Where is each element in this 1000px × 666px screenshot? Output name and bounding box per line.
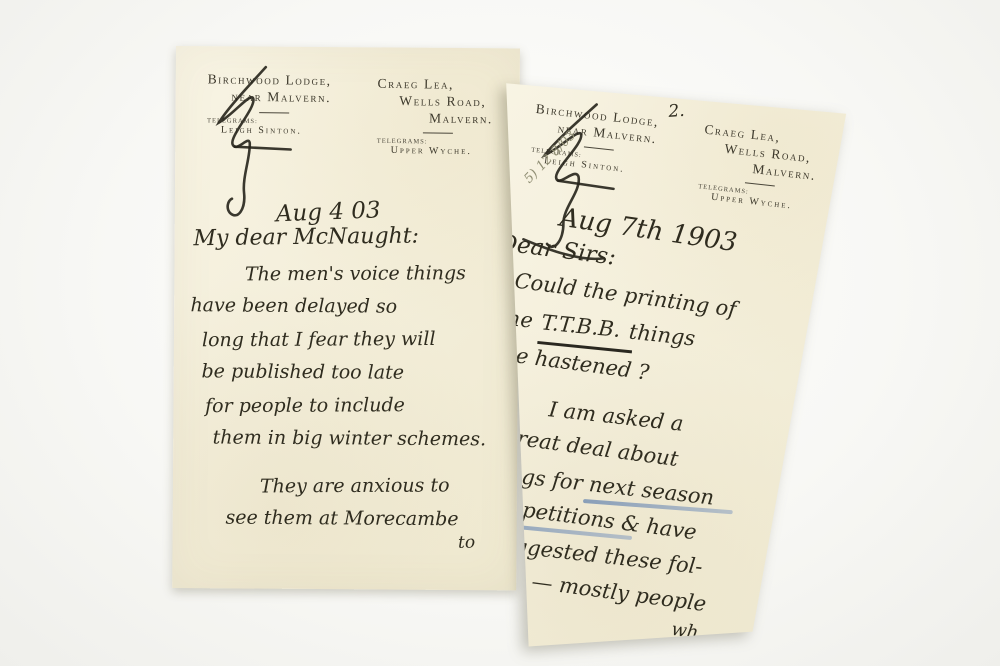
letter-page-right: Birchwood Lodge, near Malvern. Telegrams… (498, 74, 854, 650)
body-text: s & have (603, 508, 699, 544)
letterhead-left-page: Birchwood Lodge, near Malvern. Telegrams… (188, 60, 508, 192)
body-line: They are anxious to (260, 469, 502, 503)
photo-background: Birchwood Lodge, near Malvern. Telegrams… (0, 0, 1000, 666)
body-line: have been delayed so (190, 289, 504, 324)
catchword: to (183, 532, 501, 559)
body-line: for people to include (205, 389, 503, 424)
body-line: be published too late (201, 355, 503, 390)
body-line: them in big winter schemes. (213, 421, 503, 456)
body-line: long that I fear they will (202, 323, 504, 358)
letterhead-rule (423, 132, 453, 133)
letter-page-right-sheet: Birchwood Lodge, near Malvern. Telegrams… (498, 74, 854, 650)
letter-page-left: Birchwood Lodge, near Malvern. Telegrams… (172, 46, 520, 590)
letter-body: The men's voice things have been delayed… (183, 255, 505, 557)
letter-body: Could the printing of the T.T.B.B. thing… (462, 265, 817, 650)
body-line: see them at Morecambe (225, 502, 501, 537)
letterhead-craeg-lea: Craeg Lea, Wells Road, Malvern. Telegram… (697, 121, 855, 218)
salutation: My dear McNaught: (193, 222, 505, 251)
letterhead-rule (745, 182, 775, 186)
corner-mark: 2. (668, 101, 685, 122)
body-text: the (497, 305, 540, 333)
body-line: The men's voice things (245, 257, 505, 291)
